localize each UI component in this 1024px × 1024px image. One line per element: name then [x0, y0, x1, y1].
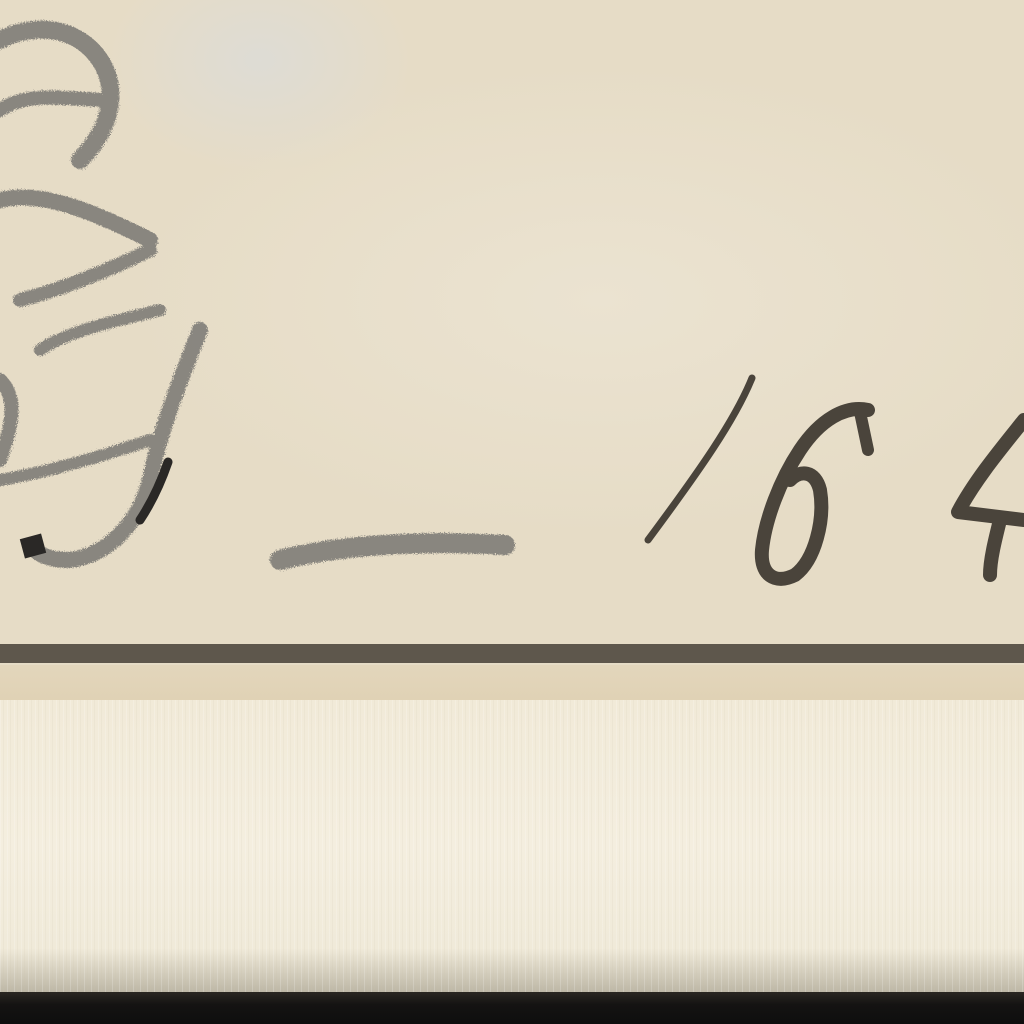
- inscription-digit-4: [958, 420, 1024, 575]
- inscription-digit-6: [762, 409, 868, 579]
- ink-inscription: [0, 0, 1024, 700]
- inscription-slash: [648, 378, 752, 540]
- mounting-mat: [0, 700, 1024, 992]
- frame-edge: [0, 992, 1024, 1024]
- printed-border-line: [0, 641, 1024, 667]
- photo-scene: /64: [0, 0, 1024, 1024]
